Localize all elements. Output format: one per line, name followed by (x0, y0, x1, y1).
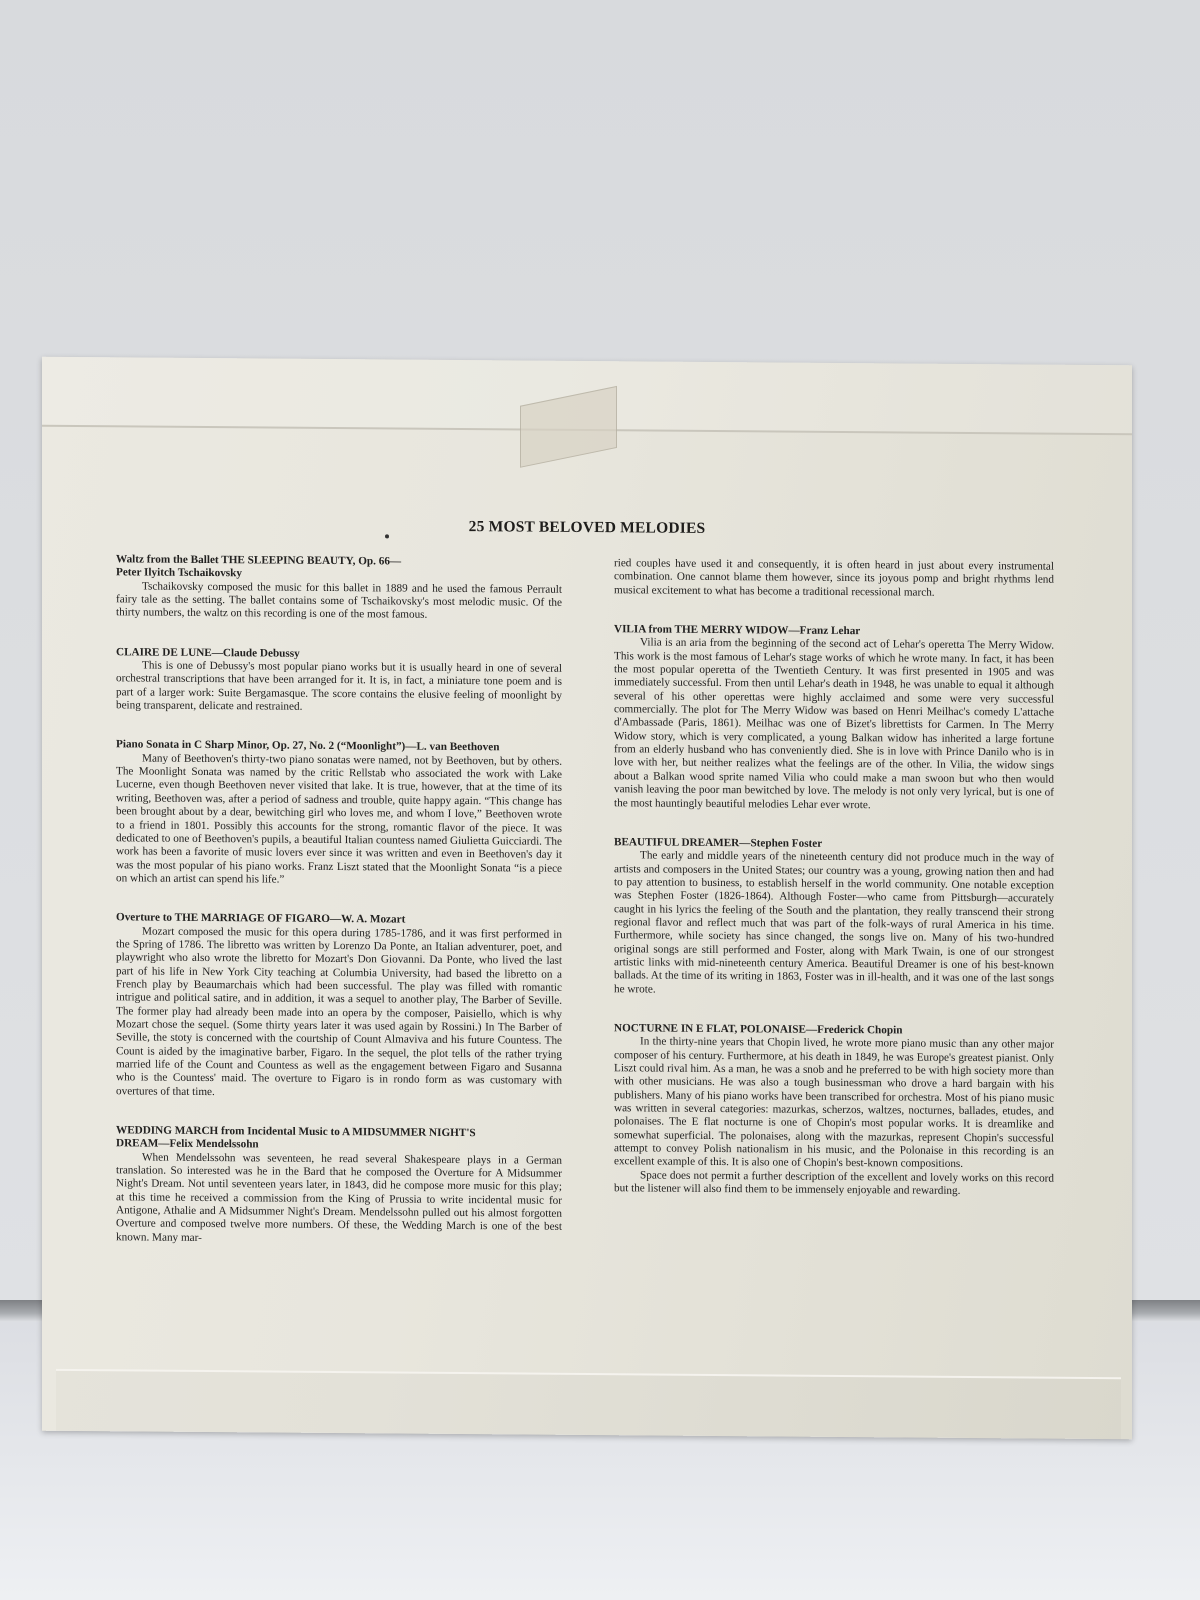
entry-body: Many of Beethoven's thirty-two piano son… (116, 752, 562, 889)
entry-body: Vilia is an aria from the beginning of t… (614, 637, 1054, 814)
entry-vilia: VILIA from THE MERRY WIDOW—Franz Lehar V… (614, 623, 1054, 813)
right-column: ried couples have used it and consequent… (614, 557, 1054, 1225)
entry-wedding-march: WEDDING MARCH from Incidental Music to A… (116, 1124, 562, 1248)
entry-beautiful-dreamer: BEAUTIFUL DREAMER—Stephen Foster The ear… (614, 836, 1054, 1000)
entry-wedding-march-continued: ried couples have used it and consequent… (614, 557, 1054, 600)
album-title: 25 MOST BELOVED MELODIES (42, 515, 1132, 542)
record-sleeve-back: 25 MOST BELOVED MELODIES Waltz from the … (42, 357, 1132, 1440)
entry-body: In the thirty-nine years that Chopin liv… (614, 1036, 1054, 1173)
entry-moonlight-sonata: Piano Sonata in C Sharp Minor, Op. 27, N… (116, 739, 562, 889)
entry-body: The early and middle years of the ninete… (614, 849, 1054, 999)
print-speck (385, 534, 389, 538)
entry-heading: WEDDING MARCH from Incidental Music to A… (116, 1124, 562, 1154)
entry-sleeping-beauty: Waltz from the Ballet THE SLEEPING BEAUT… (116, 553, 562, 623)
entry-claire-de-lune: CLAIRE DE LUNE—Claude Debussy This is on… (116, 646, 562, 716)
entry-marriage-of-figaro: Overture to THE MARRIAGE OF FIGARO—W. A.… (116, 912, 562, 1102)
entry-body: Tschaikovsky composed the music for this… (116, 580, 562, 624)
entry-chopin: NOCTURNE IN E FLAT, POLONAISE—Frederick … (614, 1022, 1054, 1199)
closing-note: Space does not permit a further descript… (614, 1169, 1054, 1199)
entry-heading: Waltz from the Ballet THE SLEEPING BEAUT… (116, 553, 562, 583)
entry-body: Mozart composed the music for this opera… (116, 925, 562, 1102)
entry-body: ried couples have used it and consequent… (614, 557, 1054, 600)
entry-body: This is one of Debussy's most popular pi… (116, 659, 562, 716)
bottom-flap (56, 1369, 1121, 1439)
left-column: Waltz from the Ballet THE SLEEPING BEAUT… (116, 553, 562, 1274)
entry-body: When Mendelssohn was seventeen, he read … (116, 1151, 562, 1248)
